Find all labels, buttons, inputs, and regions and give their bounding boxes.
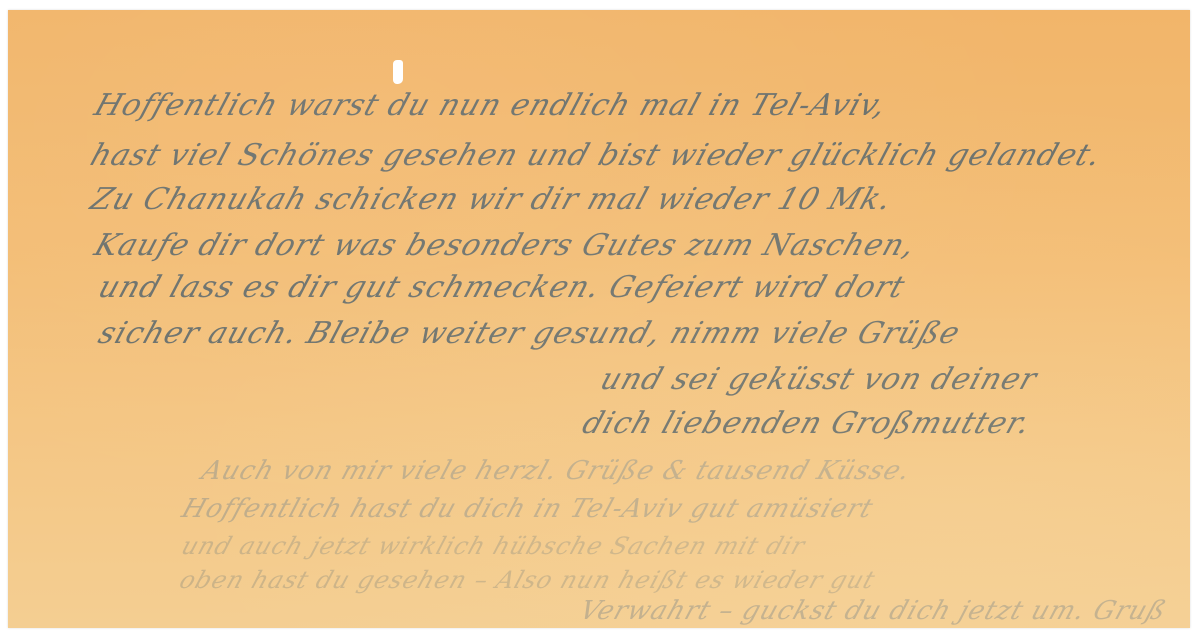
- postscript-line-4: oben hast du gesehen – Also nun heißt es…: [176, 566, 879, 594]
- postscript-line-2: Hoffentlich hast du dich in Tel-Aviv gut…: [178, 494, 877, 524]
- signature-line: dich liebenden Großmutter.: [578, 406, 1035, 441]
- punch-hole: [393, 60, 403, 84]
- closing-line: und sei geküsst von deiner: [596, 362, 1042, 397]
- letter-line-2: hast viel Schönes gesehen und bist wiede…: [86, 138, 1106, 173]
- letter-line-5: und lass es dir gut schmecken. Gefeiert …: [94, 270, 910, 305]
- letter-line-3: Zu Chanukah schicken wir dir mal wieder …: [86, 182, 897, 217]
- letter-line-6: sicher auch. Bleibe weiter gesund, nimm …: [94, 316, 965, 351]
- letter-line-1: Hoffentlich warst du nun endlich mal in …: [90, 88, 891, 123]
- postscript-line-3: und auch jetzt wirklich hübsche Sachen m…: [178, 532, 809, 560]
- letter-paper: Hoffentlich warst du nun endlich mal in …: [8, 10, 1190, 628]
- postscript-line-5: Verwahrt – guckst du dich jetzt um. Gruß: [576, 596, 1170, 626]
- postscript-line-1: Auch von mir viele herzl. Grüße & tausen…: [198, 456, 915, 486]
- letter-line-4: Kaufe dir dort was besonders Gutes zum N…: [90, 228, 920, 263]
